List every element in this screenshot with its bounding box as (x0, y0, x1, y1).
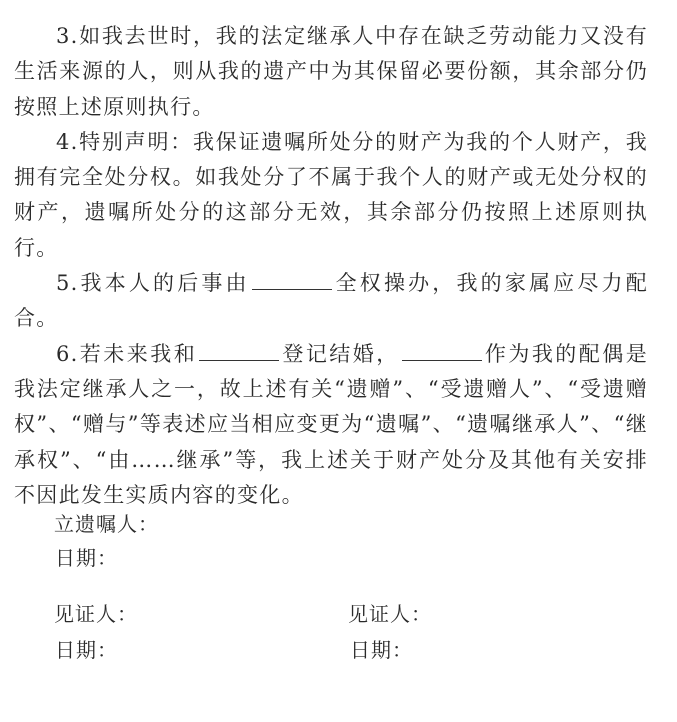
testator-label: 立遗嘱人： (54, 512, 159, 536)
clause-text: 作为我的配偶是我法定继承人之一，故上述有关“遗赠”、“受遗赠人”、“受遗赠权”、… (14, 342, 648, 507)
spouse-name-blank[interactable] (199, 342, 279, 361)
will-clauses: 3.如我去世时，我的法定继承人中存在缺乏劳动能力又没有生活来源的人，则从我的遗产… (14, 19, 648, 513)
clause-number: 3. (56, 24, 79, 48)
clause-text: 我本人的后事由 (79, 271, 250, 295)
clause-3: 3.如我去世时，我的法定继承人中存在缺乏劳动能力又没有生活来源的人，则从我的遗产… (14, 19, 648, 125)
clause-5: 5.我本人的后事由全权操办，我的家属应尽力配合。 (14, 266, 648, 337)
witness-2-label: 见证人： (348, 602, 432, 626)
witness-2-date-label: 日期： (350, 638, 413, 662)
clause-number: 5. (56, 271, 79, 295)
clause-text: 若未来我和 (79, 342, 198, 366)
testator-date-label: 日期： (55, 546, 118, 570)
document-page: 3.如我去世时，我的法定继承人中存在缺乏劳动能力又没有生活来源的人，则从我的遗产… (0, 0, 677, 722)
clause-number: 6. (56, 342, 79, 366)
clause-text: 如我去世时，我的法定继承人中存在缺乏劳动能力又没有生活来源的人，则从我的遗产中为… (14, 24, 648, 119)
witness-1-date-label: 日期： (55, 638, 118, 662)
clause-text: 特别声明：我保证遗嘱所处分的财产为我的个人财产，我拥有完全处分权。如我处分了不属… (14, 130, 648, 260)
clause-4: 4.特别声明：我保证遗嘱所处分的财产为我的个人财产，我拥有完全处分权。如我处分了… (14, 125, 648, 266)
spouse-name-blank-2[interactable] (402, 342, 482, 361)
clause-6: 6.若未来我和登记结婚，作为我的配偶是我法定继承人之一，故上述有关“遗赠”、“受… (14, 337, 648, 513)
funeral-arranger-blank[interactable] (252, 271, 332, 290)
clause-number: 4. (56, 130, 79, 154)
clause-text: 登记结婚， (281, 342, 400, 366)
witness-1-label: 见证人： (54, 602, 138, 626)
